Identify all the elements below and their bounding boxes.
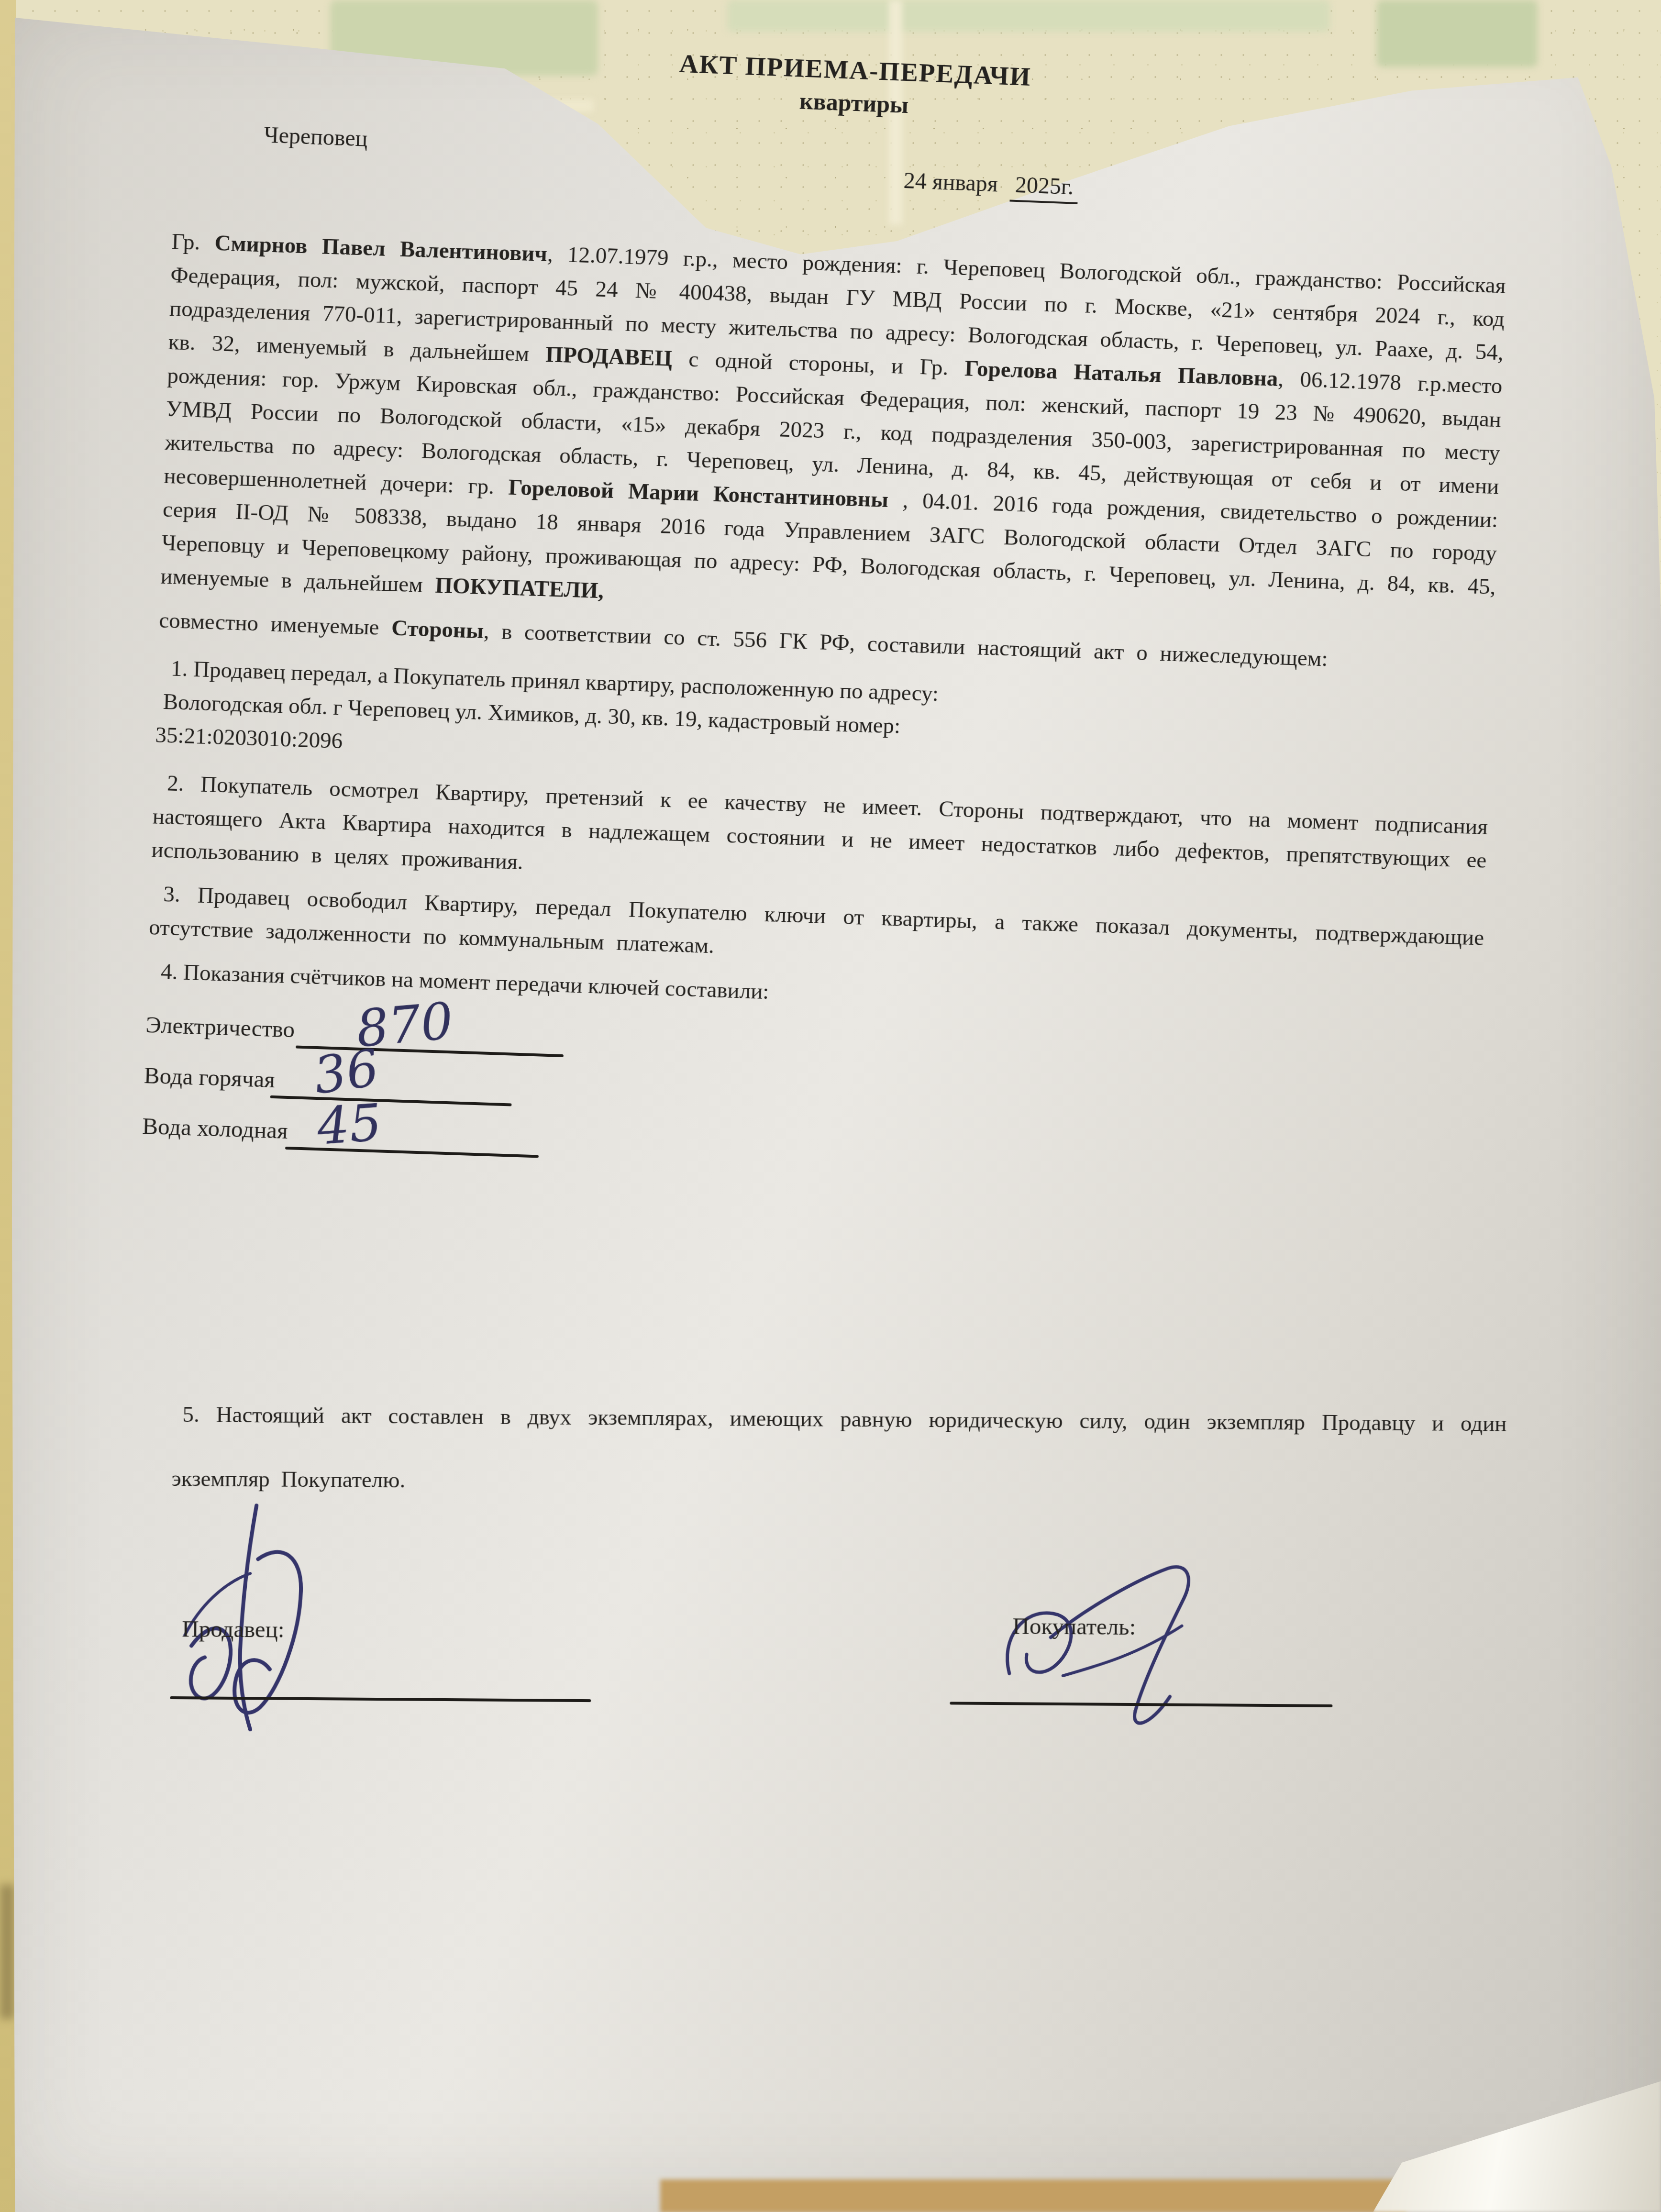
parties-term: Стороны <box>391 616 484 643</box>
buyer-intro-prefix: Гр. <box>919 354 965 381</box>
jointly-prefix: совместно именуемые <box>159 608 392 641</box>
signature-row: Продавец: Покупатель: <box>170 1573 1506 1754</box>
buyer-signature-label: Покупатель: <box>1012 1612 1136 1640</box>
background-tile <box>727 0 1330 32</box>
date-day-month: 24 января <box>903 168 998 197</box>
buyer-name: Горелова Наталья Павловна <box>964 356 1279 391</box>
city-label: Череповец <box>264 122 368 152</box>
cold-water-handwritten-value: 45 <box>315 1099 383 1151</box>
electricity-label: Электричество <box>145 1008 295 1046</box>
document-date: 24 января2025г. <box>903 167 1079 200</box>
seller-signature-label: Продавец: <box>182 1615 284 1643</box>
seller-intro-suffix: с одной стороны, и <box>672 346 920 379</box>
document-body: Гр. Смирнов Павел Валентинович, 12.07.19… <box>142 225 1506 1193</box>
hot-water-handwritten-value: 36 <box>311 1044 382 1100</box>
seller-signature-block: Продавец: <box>170 1573 601 1748</box>
document-footer: 5. Настоящий акт составлен в двух экземп… <box>170 1382 1507 1754</box>
buyers-role-label: ПОКУПАТЕЛИ, <box>435 573 604 604</box>
buyer-signature-block: Покупатель: <box>950 1578 1333 1753</box>
photo-of-document: АКТ ПРИЕМА-ПЕРЕДАЧИ квартиры Череповец 2… <box>0 0 1661 2212</box>
child-name: Гореловой Марии Константиновны <box>508 475 889 512</box>
parties-paragraph: Гр. Смирнов Павел Валентинович, 12.07.19… <box>160 225 1506 637</box>
seller-intro-prefix: Гр. <box>171 229 215 255</box>
background-tile <box>1377 0 1538 67</box>
cold-water-label: Вода холодная <box>142 1109 288 1148</box>
date-year-underlined: 2025г. <box>1010 172 1079 204</box>
table-edge-stain <box>0 1885 14 2019</box>
seller-name: Смирнов Павел Валентинович <box>214 231 548 266</box>
buyer-details: , 06.12.1978 г.р.место рождения: гор. Ур… <box>164 363 1503 500</box>
buyer-signature-ink <box>978 1536 1257 1758</box>
seller-role-label: ПРОДАВЕЦ <box>545 342 673 371</box>
hot-water-label: Вода горячая <box>144 1059 276 1096</box>
table-surface-below-paper <box>660 2179 1406 2212</box>
